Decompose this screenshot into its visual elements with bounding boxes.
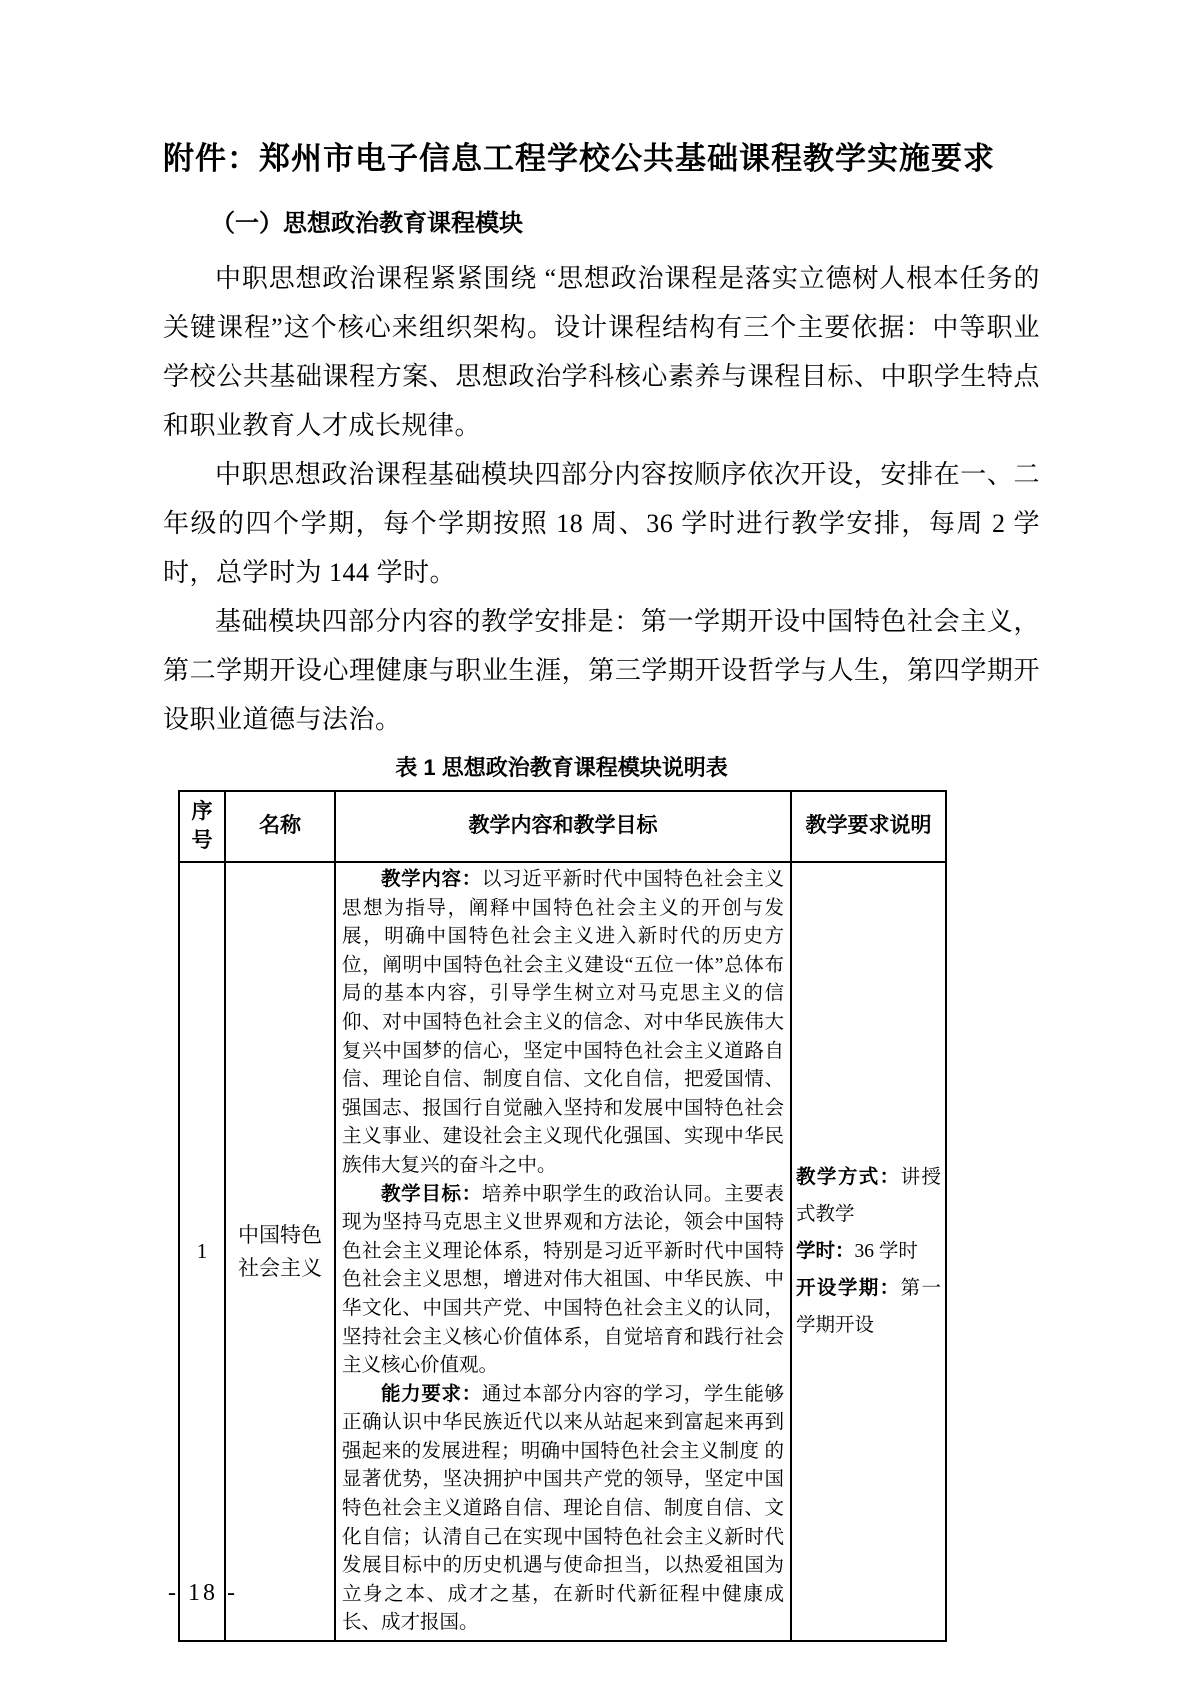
teaching-goal-paragraph: 教学目标：培养中职学生的政治认同。主要表现为坚持马克思主义世界观和方法论，领会中… <box>342 1181 784 1381</box>
teaching-requirements-cell: 教学方式：讲授式教学 学时：36 学时 开设学期：第一学期开设 <box>791 862 946 1641</box>
teaching-method-line: 教学方式：讲授式教学 <box>796 1159 941 1233</box>
ability-requirement-paragraph: 能力要求：通过本部分内容的学习，学生能够正确认识中华民族近代以来从站起来到富起来… <box>342 1381 784 1638</box>
table-row: 1 中国特色社会主义 教学内容：以习近平新时代中国特色社会主义思想为指导，阐释中… <box>179 862 946 1641</box>
requirement-label: 学时： <box>796 1241 855 1262</box>
table-caption: 表 1 思想政治教育课程模块说明表 <box>178 752 945 784</box>
class-hours-line: 学时：36 学时 <box>796 1233 941 1270</box>
body-paragraphs: 中职思想政治课程紧紧围绕 “思想政治课程是落实立德树人根本任务的关键课程”这个核… <box>163 254 1040 744</box>
paragraph-text: 以习近平新时代中国特色社会主义思想为指导，阐释中国特色社会主义的开创与发展，明确… <box>342 869 784 1176</box>
paragraph-lead-label: 教学内容： <box>381 869 482 890</box>
document-title: 附件：郑州市电子信息工程学校公共基础课程教学实施要求 <box>163 136 1040 182</box>
document-page: 附件：郑州市电子信息工程学校公共基础课程教学实施要求 （一）思想政治教育课程模块… <box>0 0 1191 1684</box>
row-index-cell: 1 <box>179 862 225 1641</box>
paragraph-lead-label: 能力要求： <box>381 1384 482 1405</box>
course-name-cell: 中国特色社会主义 <box>225 862 335 1641</box>
header-cell-index: 序号 <box>179 791 225 862</box>
teaching-content-paragraph: 教学内容：以习近平新时代中国特色社会主义思想为指导，阐释中国特色社会主义的开创与… <box>342 866 784 1181</box>
paragraph-text: 培养中职学生的政治认同。主要表现为坚持马克思主义世界观和方法论，领会中国特色社会… <box>342 1184 784 1377</box>
header-cell-requirements: 教学要求说明 <box>791 791 946 862</box>
semester-line: 开设学期：第一学期开设 <box>796 1270 941 1344</box>
paragraph-text: 通过本部分内容的学习，学生能够正确认识中华民族近代以来从站起来到富起来再到强起来… <box>342 1384 784 1634</box>
paragraph: 中职思想政治课程紧紧围绕 “思想政治课程是落实立德树人根本任务的关键课程”这个核… <box>163 254 1040 450</box>
page-number: - 18 - <box>168 1580 238 1607</box>
requirement-text: 36 学时 <box>855 1241 918 1262</box>
paragraph: 基础模块四部分内容的教学安排是：第一学期开设中国特色社会主义，第二学期开设心理健… <box>163 597 1040 744</box>
requirement-label: 开设学期： <box>796 1278 901 1299</box>
paragraph: 中职思想政治课程基础模块四部分内容按顺序依次开设，安排在一、二年级的四个学期，每… <box>163 450 1040 597</box>
header-cell-name: 名称 <box>225 791 335 862</box>
section-heading: （一）思想政治教育课程模块 <box>163 206 1040 242</box>
requirement-label: 教学方式： <box>796 1167 901 1188</box>
table-header-row: 序号 名称 教学内容和教学目标 教学要求说明 <box>179 791 946 862</box>
course-module-table: 序号 名称 教学内容和教学目标 教学要求说明 1 中国特色社会主义 教学内容：以… <box>178 790 947 1642</box>
teaching-content-cell: 教学内容：以习近平新时代中国特色社会主义思想为指导，阐释中国特色社会主义的开创与… <box>335 862 791 1641</box>
paragraph-lead-label: 教学目标： <box>381 1184 482 1205</box>
header-cell-content: 教学内容和教学目标 <box>335 791 791 862</box>
